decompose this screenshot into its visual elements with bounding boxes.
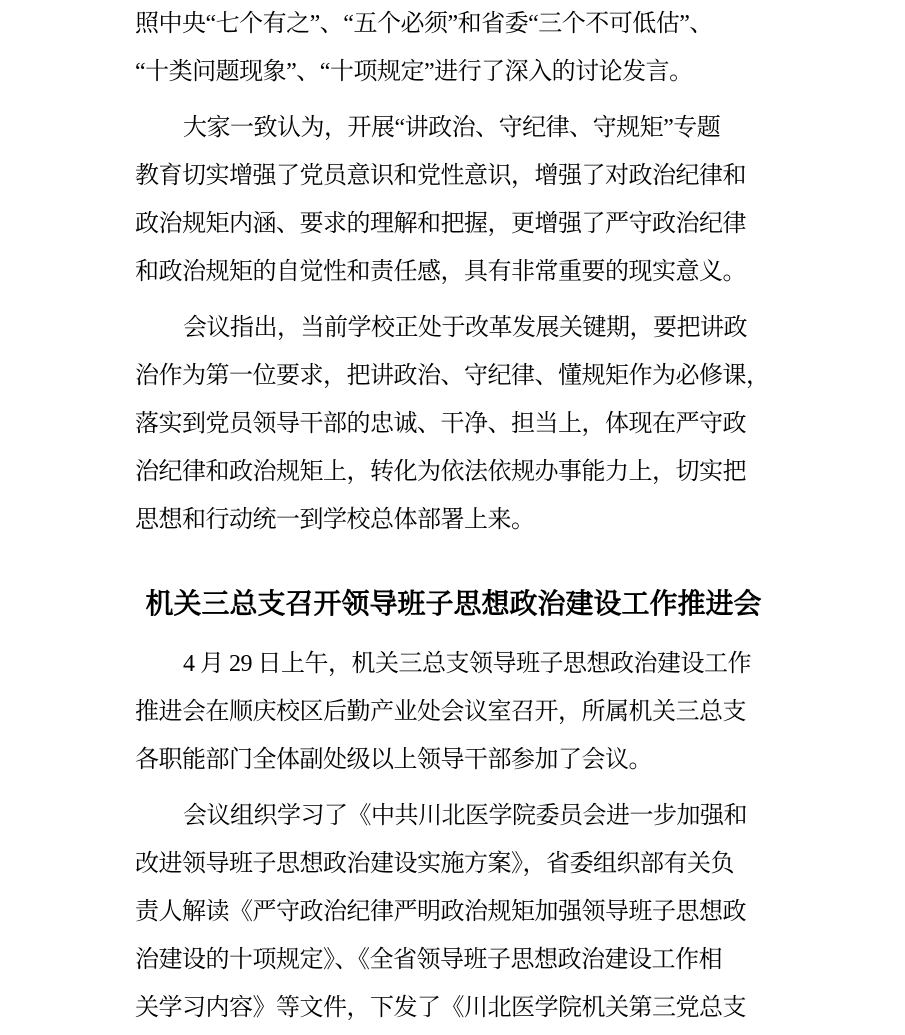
paragraph-meeting-pointed-out: 会议指出，当前学校正处于改革发展关键期，要把讲政 治作为第一位要求，把讲政治、守… [135,304,772,544]
section-heading: 机关三总支召开领导班子思想政治建设工作推进会 [135,574,772,634]
document-page: 照中央“七个有之”、“五个必须”和省委“三个不可低估”、 “十类问题现象”、“十… [0,0,905,1035]
paragraph-consensus: 大家一致认为，开展“讲政治、守纪律、守规矩”专题 教育切实增强了党员意识和党性意… [135,104,772,296]
paragraph-meeting-study: 会议组织学习了《中共川北医学院委员会进一步加强和 改进领导班子思想政治建设实施方… [135,792,772,1032]
paragraph-meeting-date: 4 月 29 日上午，机关三总支领导班子思想政治建设工作 推进会在顺庆校区后勤产… [135,640,772,784]
paragraph-continuation-top: 照中央“七个有之”、“五个必须”和省委“三个不可低估”、 “十类问题现象”、“十… [135,0,772,96]
